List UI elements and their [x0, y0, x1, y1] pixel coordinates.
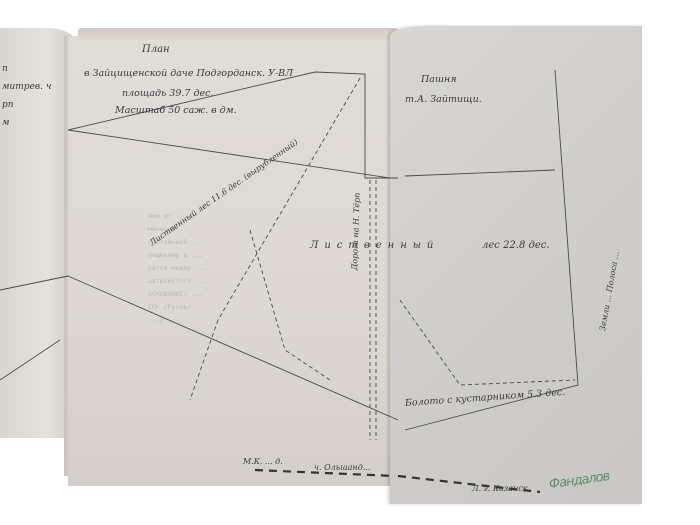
right-header-line2: т.А. Зайтищи.: [405, 94, 482, 105]
left-margin-fragments: п митрев. ч рп м: [2, 60, 51, 132]
forest-area-label: лес 22.8 дес.: [482, 240, 550, 251]
archival-photo: ном от ... менения ... постоянной ... пи…: [0, 0, 700, 525]
right-header-line1: Пашня: [421, 74, 457, 85]
plan-title: План: [142, 44, 170, 55]
bottom-right-label: Л. г. Казанск: [472, 484, 528, 493]
bottom-middle-label: ч. Ольшанд...: [314, 463, 370, 472]
bottom-left-label: М.К. ... д.: [243, 457, 283, 466]
plan-subtitle: в Зайцищенской даче Подгорданск. У-ВЛ: [84, 68, 293, 79]
forest-label: Лиственный: [310, 240, 439, 251]
plan-scale: Масштаб 50 саж. в дм.: [115, 105, 237, 116]
plan-area: площадь 39.7 дес.: [122, 88, 213, 99]
